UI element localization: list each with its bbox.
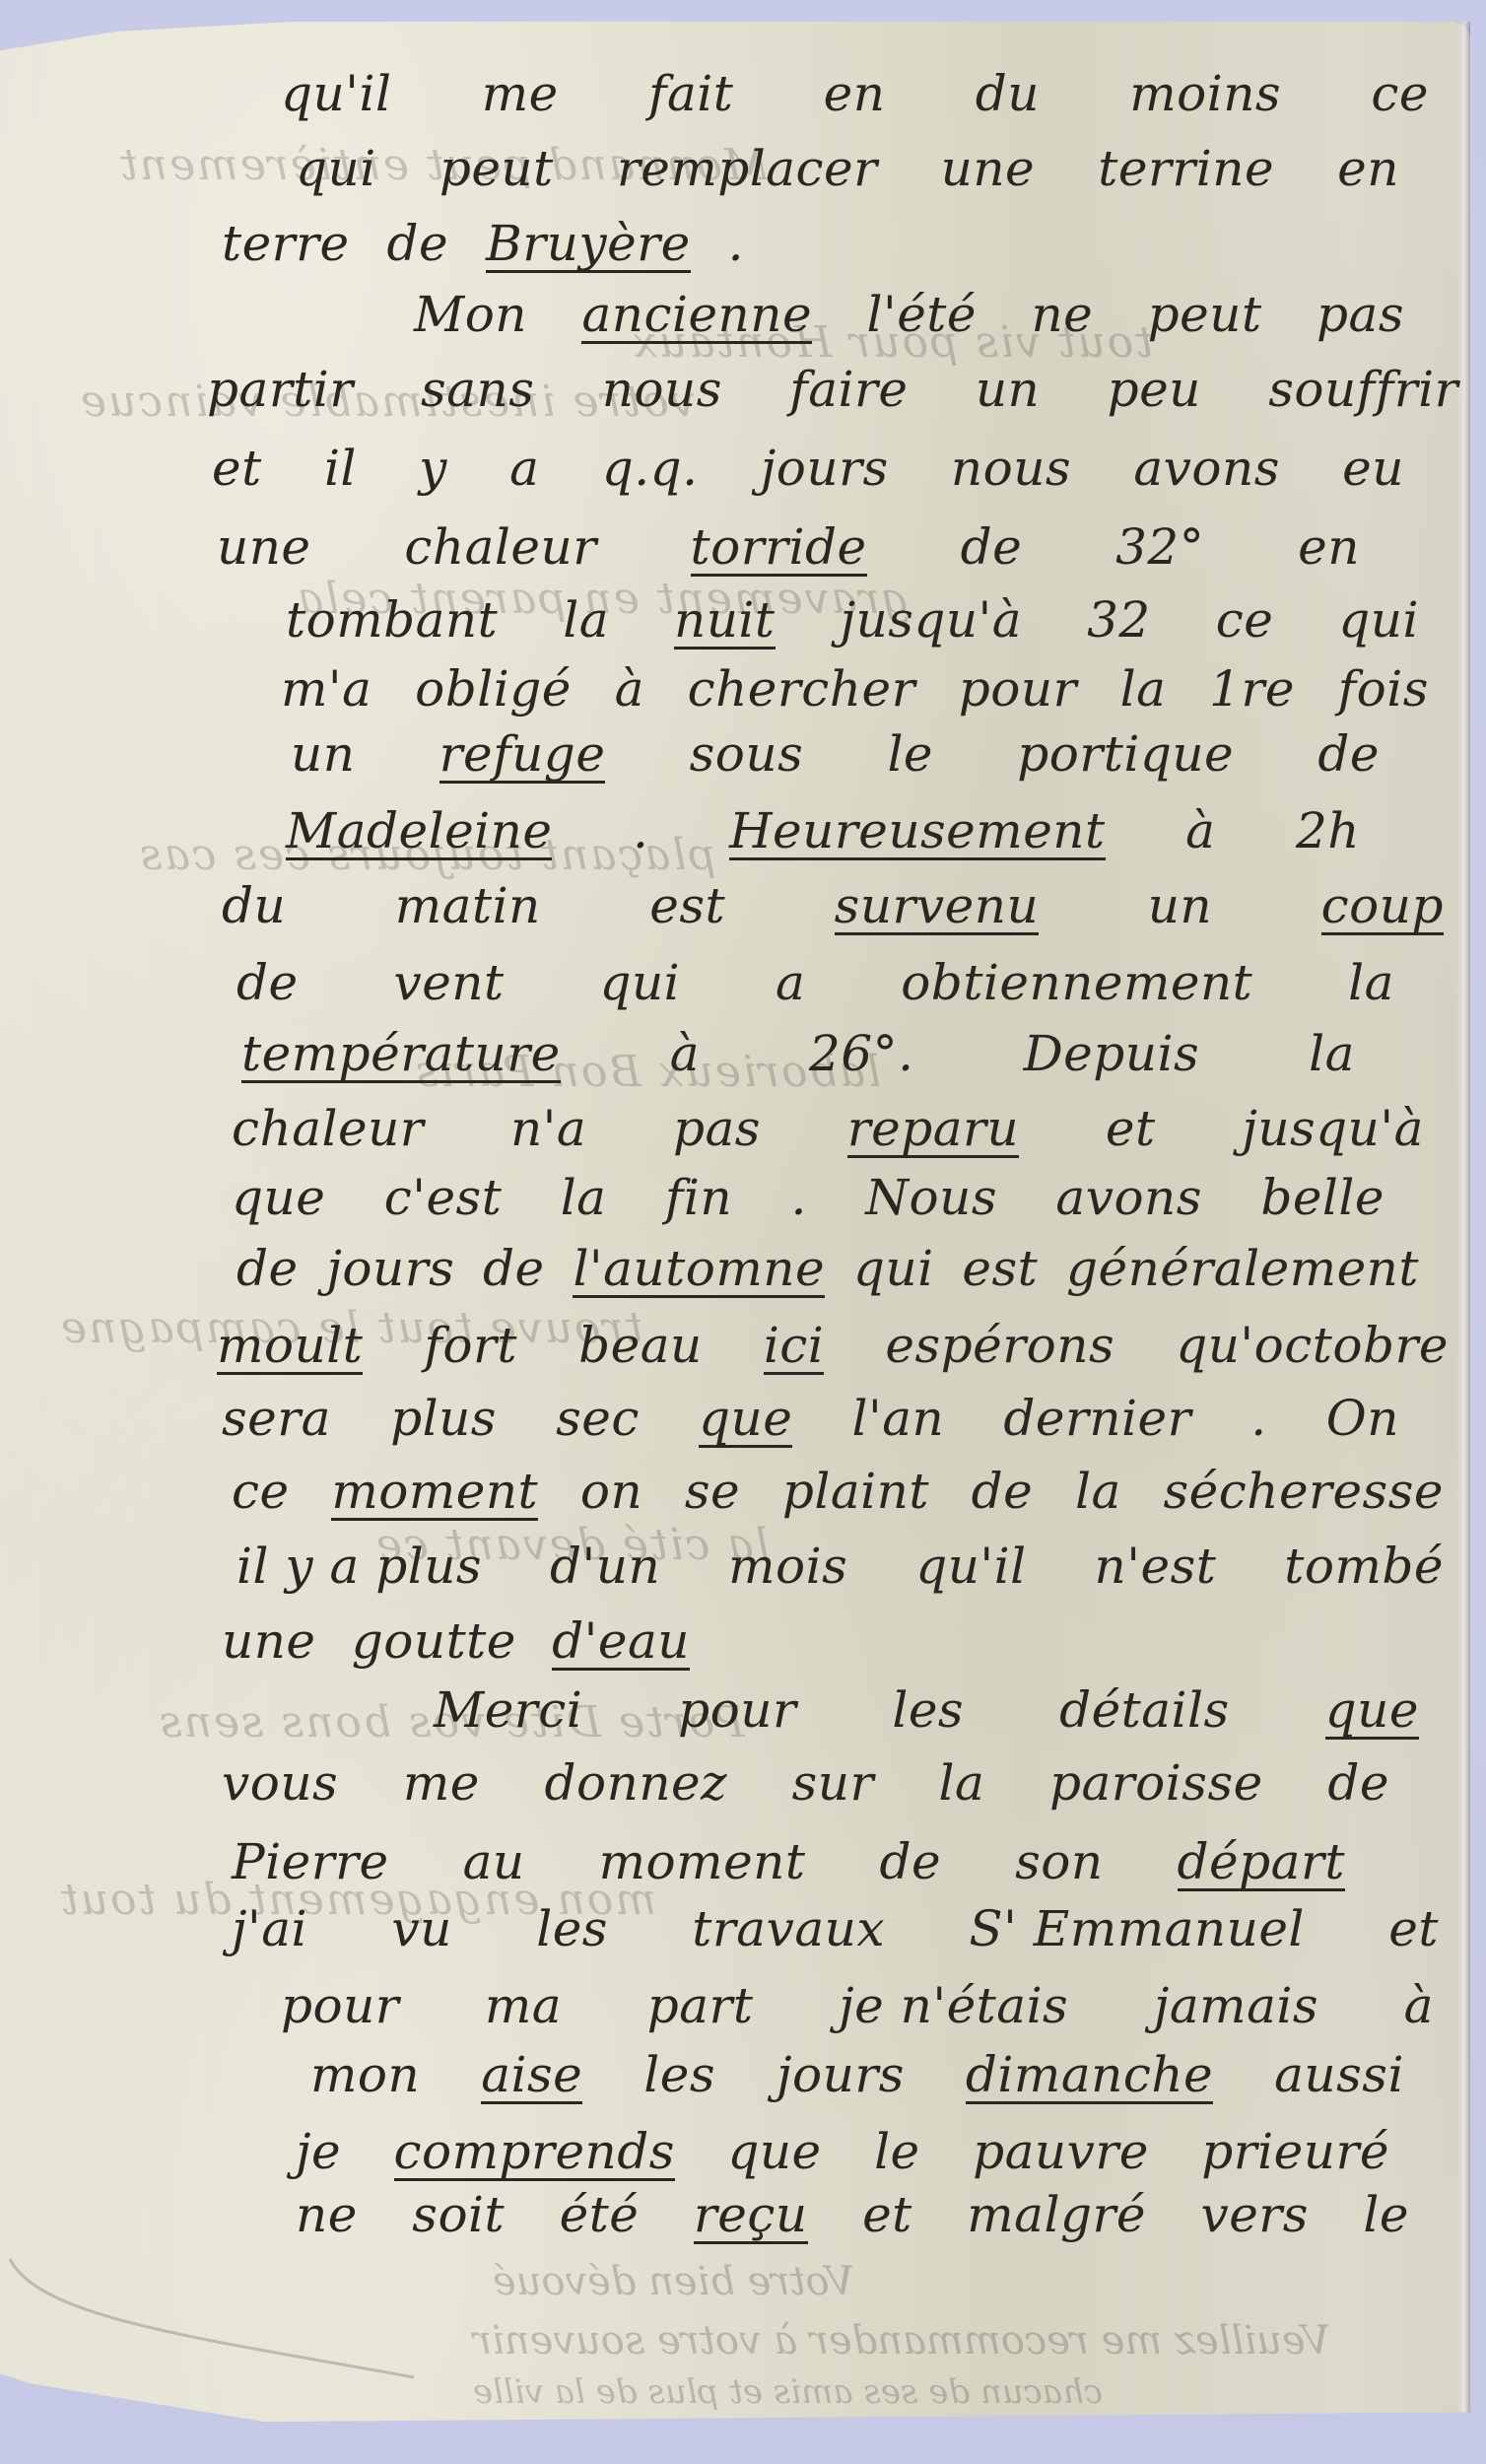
word: et xyxy=(1388,1904,1439,1953)
word: l'an xyxy=(851,1394,944,1448)
word: ce xyxy=(232,1467,290,1521)
word: ce xyxy=(1371,69,1429,118)
word: jamais xyxy=(1154,1981,1318,2030)
word: température xyxy=(241,1029,561,1083)
word: mois xyxy=(728,1541,847,1591)
word: m'a xyxy=(281,664,371,714)
word: moment xyxy=(599,1837,806,1891)
word: vers xyxy=(1200,2190,1308,2244)
word: . xyxy=(1250,1394,1266,1448)
word: je xyxy=(296,2127,341,2181)
word: portique xyxy=(1017,729,1234,784)
word: se xyxy=(685,1467,740,1521)
word: de xyxy=(961,522,1023,577)
word: jours xyxy=(326,1244,454,1298)
word: été xyxy=(560,2190,640,2244)
word: la xyxy=(1075,1467,1121,1521)
text-line: Pierre au moment de son départ xyxy=(232,1837,1345,1891)
word: 26°. xyxy=(809,1029,914,1083)
word: d'un xyxy=(550,1541,660,1591)
word: pour xyxy=(281,1981,399,2030)
word: à xyxy=(615,664,644,714)
word: que xyxy=(727,2127,821,2181)
word: le xyxy=(887,729,933,784)
word: torride xyxy=(691,522,867,577)
word: peu xyxy=(1108,365,1201,414)
word: chaleur xyxy=(232,1104,424,1158)
word: sera xyxy=(222,1394,331,1448)
word: peut xyxy=(1148,290,1262,344)
word: tombant xyxy=(286,595,498,650)
word: ici xyxy=(764,1321,825,1375)
word: espérons xyxy=(885,1321,1114,1375)
word: me xyxy=(403,1758,480,1808)
word: reçu xyxy=(694,2190,808,2244)
word: sur xyxy=(792,1758,874,1808)
word: la xyxy=(563,595,609,650)
word: 32° xyxy=(1115,522,1204,577)
word: les xyxy=(643,2050,715,2104)
word: reparu xyxy=(847,1104,1019,1158)
word: belle xyxy=(1260,1173,1385,1222)
word: partir xyxy=(207,365,354,414)
word: je n'étais xyxy=(839,1981,1068,2030)
word: qui xyxy=(296,144,376,193)
word: ce xyxy=(1216,595,1274,650)
word: matin xyxy=(395,881,541,935)
word: Madeleine xyxy=(286,806,552,860)
word: faire xyxy=(789,365,908,414)
word: y xyxy=(419,444,447,493)
text-line: tombant la nuit jusqu'à 32 ce qui xyxy=(286,595,1419,650)
text-line: une goutte d'eau xyxy=(222,1616,690,1671)
word: ne xyxy=(296,2190,358,2244)
text-line: Merci pour les détails que xyxy=(434,1685,1419,1740)
word: souffrir xyxy=(1268,365,1458,414)
word: sans xyxy=(421,365,534,414)
word: un xyxy=(291,729,355,784)
word: que xyxy=(232,1173,325,1222)
word: de xyxy=(972,1467,1034,1521)
word: il xyxy=(324,444,357,493)
word: la xyxy=(561,1173,607,1222)
word: S' Emmanuel xyxy=(969,1904,1305,1953)
word: aise xyxy=(481,2050,582,2104)
word: fin xyxy=(665,1173,732,1222)
word: jours xyxy=(761,444,889,493)
text-line: de vent qui a obtiennement la xyxy=(236,958,1394,1007)
text-line: je comprends que le pauvre prieuré xyxy=(296,2127,1389,2181)
word: un xyxy=(976,365,1040,414)
word: Bruyère xyxy=(486,219,691,273)
word: à xyxy=(1185,806,1215,860)
text-line: sera plus sec que l'an dernier . On xyxy=(222,1394,1399,1448)
word: travaux xyxy=(692,1904,885,1953)
word: en xyxy=(1298,522,1360,577)
letter-body: qu'il me fait en du moins ce qui peut re… xyxy=(0,22,1470,2427)
word: et xyxy=(212,444,262,493)
text-line: chaleur n'a pas reparu et jusqu'à xyxy=(232,1104,1424,1158)
text-line: qu'il me fait en du moins ce xyxy=(281,69,1429,118)
text-line: de jours de l'automne qui est généraleme… xyxy=(236,1244,1419,1298)
word: de xyxy=(386,219,448,273)
word: qui xyxy=(1338,595,1419,650)
word: fait xyxy=(648,69,733,118)
word: Nous xyxy=(865,1173,997,1222)
word: mon xyxy=(310,2050,420,2104)
text-line: terre de Bruyère . xyxy=(222,219,744,273)
text-line: Madeleine . Heureusement à 2h xyxy=(286,806,1360,860)
word: l'été xyxy=(866,290,977,344)
word: moment xyxy=(331,1467,538,1521)
word: jours xyxy=(777,2050,905,2104)
word: la xyxy=(1348,958,1394,1007)
word: Pierre xyxy=(232,1837,389,1891)
word: aussi xyxy=(1274,2050,1404,2104)
word: 1re xyxy=(1209,664,1295,714)
text-line: partir sans nous faire un peu souffrir xyxy=(207,365,1458,414)
word: vent xyxy=(393,958,504,1007)
word: détails xyxy=(1059,1685,1230,1740)
word: coup xyxy=(1321,881,1444,935)
word: la xyxy=(939,1758,985,1808)
word: me xyxy=(482,69,559,118)
word: n'a xyxy=(510,1104,586,1158)
word: de xyxy=(236,1244,299,1298)
word: obtiennement xyxy=(901,958,1252,1007)
word: terre xyxy=(222,219,350,273)
word: terrine xyxy=(1098,144,1274,193)
word: un xyxy=(1148,881,1212,935)
word: de xyxy=(236,958,299,1007)
word: n'est xyxy=(1095,1541,1217,1591)
word: que xyxy=(1325,1685,1419,1740)
word: Mon xyxy=(414,290,527,344)
text-line: qui peut remplacer une terrine en xyxy=(296,144,1399,193)
word: vu xyxy=(391,1904,451,1953)
word: malgré xyxy=(967,2190,1146,2244)
word: q.q. xyxy=(602,444,699,493)
word: On xyxy=(1326,1394,1399,1448)
word: la xyxy=(1309,1029,1355,1083)
word: a xyxy=(776,958,805,1007)
word: en xyxy=(824,69,886,118)
word: pas xyxy=(673,1104,761,1158)
text-line: moult fort beau ici espérons qu'octobre xyxy=(217,1321,1449,1375)
word: l'automne xyxy=(573,1244,825,1298)
word: les xyxy=(536,1904,608,1953)
word: une xyxy=(941,144,1036,193)
text-line: et il y a q.q. jours nous avons eu xyxy=(212,444,1404,493)
word: beau xyxy=(578,1321,703,1375)
word: survenu xyxy=(835,881,1040,935)
word: j'ai xyxy=(232,1904,307,1953)
word: moins xyxy=(1129,69,1281,118)
word: qu'il xyxy=(281,69,391,118)
word: . xyxy=(633,806,648,860)
word: de xyxy=(879,1837,941,1891)
word: nous xyxy=(951,444,1071,493)
word: comprends xyxy=(394,2127,675,2181)
word: moult xyxy=(217,1321,363,1375)
word: que xyxy=(699,1394,792,1448)
text-line: que c'est la fin . Nous avons belle xyxy=(232,1173,1385,1222)
word: de xyxy=(483,1244,545,1298)
word: goutte xyxy=(352,1616,516,1671)
word: sécheresse xyxy=(1164,1467,1444,1521)
word: c'est xyxy=(384,1173,503,1222)
word: obligé xyxy=(415,664,572,714)
word: pour xyxy=(959,664,1077,714)
word: part xyxy=(647,1981,754,2030)
letter-page: Monnand peut entièrement tout vis pour H… xyxy=(0,22,1470,2427)
word: le xyxy=(1363,2190,1409,2244)
word: le xyxy=(874,2127,920,2181)
text-line: température à 26°. Depuis la xyxy=(241,1029,1355,1083)
word: la xyxy=(1120,664,1167,714)
word: est xyxy=(649,881,725,935)
word: remplacer xyxy=(617,144,878,193)
text-line: Mon ancienne l'été ne peut pas xyxy=(414,290,1404,344)
word: Merci xyxy=(434,1685,582,1740)
text-line: pour ma part je n'étais jamais à xyxy=(281,1981,1434,2030)
word: qui xyxy=(853,1244,934,1298)
word: soit xyxy=(412,2190,505,2244)
word: refuge xyxy=(439,729,606,784)
word: pas xyxy=(1317,290,1404,344)
word: Depuis xyxy=(1024,1029,1200,1083)
word: jusqu'à xyxy=(1242,1104,1424,1158)
text-line: mon aise les jours dimanche aussi xyxy=(310,2050,1404,2104)
word: à xyxy=(670,1029,700,1083)
word: avons xyxy=(1055,1173,1202,1222)
text-line: j'ai vu les travaux S' Emmanuel et xyxy=(232,1904,1439,1953)
word: ma xyxy=(485,1981,562,2030)
word: qu'il xyxy=(915,1541,1026,1591)
word: chaleur xyxy=(404,522,596,577)
word: est xyxy=(962,1244,1038,1298)
word: une xyxy=(217,522,311,577)
word: . xyxy=(790,1173,806,1222)
word: Heureusement xyxy=(729,806,1106,860)
word: et xyxy=(1106,1104,1156,1158)
word: jusqu'à xyxy=(840,595,1022,650)
word: d'eau xyxy=(552,1616,690,1671)
word: peut xyxy=(439,144,554,193)
word: de xyxy=(1327,1758,1389,1808)
word: dernier xyxy=(1003,1394,1191,1448)
word: du xyxy=(976,69,1040,118)
text-line: il y a plus d'un mois qu'il n'est tombé xyxy=(236,1541,1444,1591)
word: en xyxy=(1337,144,1399,193)
word: dimanche xyxy=(966,2050,1213,2104)
word: donnez xyxy=(545,1758,727,1808)
word: tombé xyxy=(1284,1541,1444,1591)
word: nuit xyxy=(674,595,776,650)
word: vous xyxy=(222,1758,338,1808)
text-line: ne soit été reçu et malgré vers le xyxy=(296,2190,1409,2244)
word: il y a plus xyxy=(236,1541,482,1591)
word: pour xyxy=(678,1685,796,1740)
word: les xyxy=(892,1685,964,1740)
word: sec xyxy=(556,1394,640,1448)
word: plaint xyxy=(782,1467,929,1521)
text-line: m'a obligé à chercher pour la 1re fois xyxy=(281,664,1429,714)
text-line: une chaleur torride de 32° en xyxy=(217,522,1360,577)
word: à xyxy=(1404,1981,1434,2030)
word: départ xyxy=(1178,1837,1345,1891)
text-line: du matin est survenu un coup xyxy=(222,881,1444,935)
word: on xyxy=(580,1467,642,1521)
text-line: ce moment on se plaint de la sécheresse xyxy=(232,1467,1444,1521)
word: généralement xyxy=(1066,1244,1419,1298)
word: nous xyxy=(602,365,722,414)
word: chercher xyxy=(688,664,915,714)
word: du xyxy=(222,881,286,935)
word: ancienne xyxy=(581,290,812,344)
word: ne xyxy=(1031,290,1093,344)
word: une xyxy=(222,1616,316,1671)
word: au xyxy=(463,1837,525,1891)
word: et xyxy=(862,2190,912,2244)
word: pauvre xyxy=(973,2127,1149,2181)
word: avons xyxy=(1133,444,1280,493)
word: paroisse xyxy=(1049,1758,1263,1808)
word: a xyxy=(509,444,539,493)
word: prieuré xyxy=(1201,2127,1389,2181)
word: 32 xyxy=(1087,595,1151,650)
word: plus xyxy=(390,1394,497,1448)
word: son xyxy=(1015,1837,1103,1891)
word: qu'octobre xyxy=(1176,1321,1449,1375)
word: 2h xyxy=(1296,806,1360,860)
text-line: un refuge sous le portique de xyxy=(291,729,1380,784)
word: sous xyxy=(690,729,804,784)
word: fort xyxy=(424,1321,517,1375)
text-line: vous me donnez sur la paroisse de xyxy=(222,1758,1389,1808)
word: eu xyxy=(1342,444,1404,493)
word: . xyxy=(728,219,744,273)
word: fois xyxy=(1338,664,1429,714)
word: de xyxy=(1317,729,1380,784)
word: qui xyxy=(599,958,680,1007)
